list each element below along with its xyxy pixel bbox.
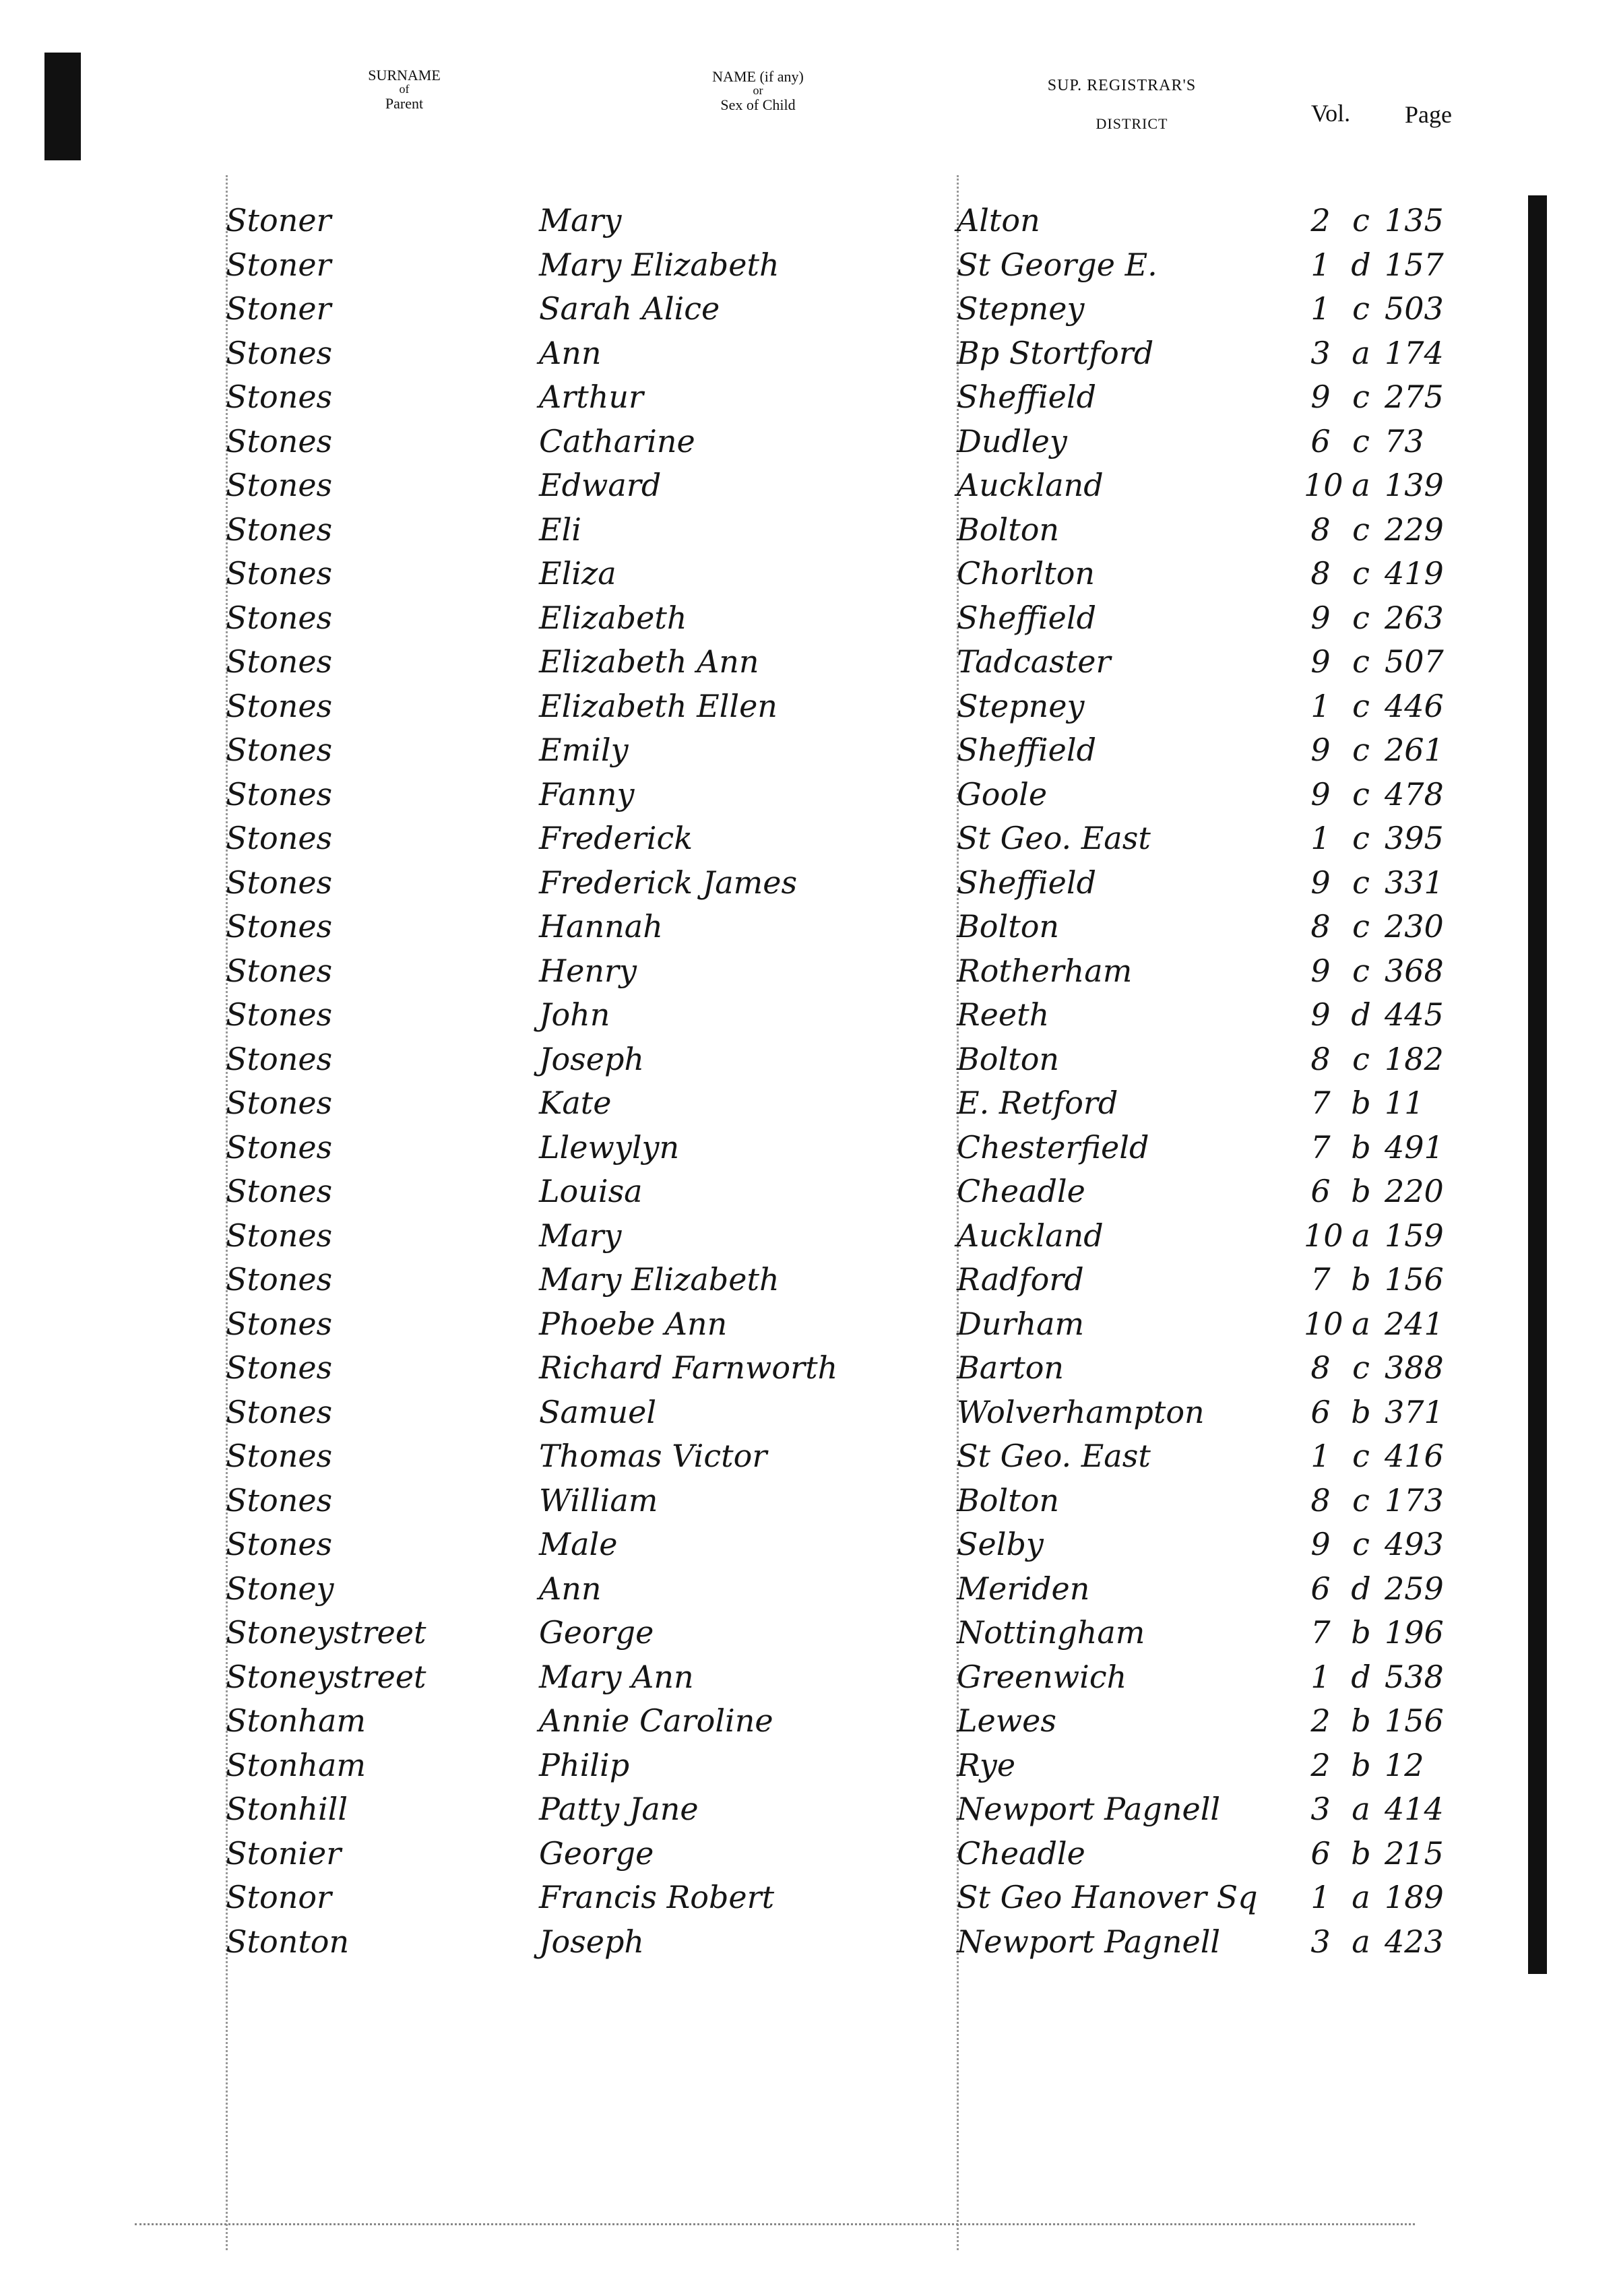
header-name-line3: Sex of Child: [674, 97, 842, 113]
entry-forename: John: [539, 996, 610, 1033]
register-entry: Stones Phoebe Ann Durham 10 a 241: [0, 1306, 1617, 1349]
register-entry: Stonham Philip Rye 2 b 12: [0, 1747, 1617, 1790]
entry-volume: 2: [1304, 1702, 1337, 1739]
entry-volume-letter: d: [1347, 1659, 1374, 1695]
entry-surname: Stones: [226, 555, 332, 592]
register-entry: Stoneystreet Mary Ann Greenwich 1 d 538: [0, 1659, 1617, 1702]
entry-volume: 6: [1304, 1173, 1337, 1209]
entry-volume: 3: [1304, 1923, 1337, 1960]
entry-volume-letter: c: [1347, 1438, 1374, 1474]
entry-forename: Ann: [539, 335, 601, 371]
entry-forename: Catharine: [539, 423, 695, 459]
entry-surname: Stoner: [226, 290, 331, 327]
entry-district: St George E.: [957, 247, 1158, 283]
entry-volume-letter: c: [1347, 555, 1374, 592]
entry-page: 156: [1385, 1261, 1444, 1298]
entry-surname: Stones: [226, 467, 332, 503]
entry-page: 11: [1385, 1085, 1424, 1121]
entry-page: 12: [1385, 1747, 1424, 1783]
entry-district: St Geo. East: [957, 1438, 1151, 1474]
entry-surname: Stones: [226, 908, 332, 945]
entry-surname: Stones: [226, 1438, 332, 1474]
entry-page: 478: [1385, 776, 1444, 812]
entry-volume-letter: c: [1347, 1526, 1374, 1562]
entry-volume-letter: c: [1347, 908, 1374, 945]
entry-volume: 3: [1304, 335, 1337, 371]
entry-volume-letter: c: [1347, 600, 1374, 636]
register-entry: Stones Joseph Bolton 8 c 182: [0, 1041, 1617, 1084]
entry-surname: Stonier: [226, 1835, 341, 1872]
entry-surname: Stones: [226, 643, 332, 680]
entry-district: Barton: [957, 1349, 1064, 1386]
entry-district: Bp Stortford: [957, 335, 1153, 371]
register-entry: Stonham Annie Caroline Lewes 2 b 156: [0, 1702, 1617, 1746]
register-entry: Stonor Francis Robert St Geo Hanover Sq …: [0, 1879, 1617, 1922]
register-entry: Stoney Ann Meriden 6 d 259: [0, 1570, 1617, 1614]
entry-forename: Louisa: [539, 1173, 643, 1209]
entry-forename: Mary Elizabeth: [539, 1261, 780, 1298]
column-header: SURNAME of Parent NAME (if any) or Sex o…: [0, 40, 1617, 175]
entry-volume-letter: b: [1347, 1085, 1374, 1121]
entry-district: Selby: [957, 1526, 1044, 1562]
entry-volume-letter: d: [1347, 1570, 1374, 1607]
entry-volume-letter: b: [1347, 1394, 1374, 1430]
entry-surname: Stones: [226, 1526, 332, 1562]
entry-volume-letter: c: [1347, 732, 1374, 768]
register-entry: Stones Louisa Cheadle 6 b 220: [0, 1173, 1617, 1216]
entry-volume-letter: b: [1347, 1173, 1374, 1209]
entry-page: 275: [1385, 379, 1444, 415]
entry-page: 182: [1385, 1041, 1444, 1077]
entry-page: 139: [1385, 467, 1444, 503]
entry-forename: Mary: [539, 1217, 622, 1254]
entry-district: Bolton: [957, 511, 1059, 548]
entry-surname: Stones: [226, 1261, 332, 1298]
entry-surname: Stonham: [226, 1702, 366, 1739]
entry-page: 491: [1385, 1129, 1444, 1166]
entry-district: Tadcaster: [957, 643, 1110, 680]
entry-page: 73: [1385, 423, 1424, 459]
entry-volume-letter: a: [1347, 1879, 1374, 1915]
entry-surname: Stones: [226, 820, 332, 856]
entry-forename: Elizabeth Ellen: [539, 688, 778, 724]
entry-volume: 9: [1304, 600, 1337, 636]
entry-surname: Stonhill: [226, 1791, 348, 1827]
register-entry: Stones Eli Bolton 8 c 229: [0, 511, 1617, 554]
entry-district: Cheadle: [957, 1173, 1085, 1209]
entry-volume: 8: [1304, 908, 1337, 945]
register-entry: Stones Kate E. Retford 7 b 11: [0, 1085, 1617, 1128]
entry-volume-letter: c: [1347, 1041, 1374, 1077]
entry-district: Nottingham: [957, 1614, 1145, 1651]
register-entry: Stonton Joseph Newport Pagnell 3 a 423: [0, 1923, 1617, 1967]
entry-volume: 9: [1304, 379, 1337, 415]
register-entry: Stones Samuel Wolverhampton 6 b 371: [0, 1394, 1617, 1437]
entry-district: Durham: [957, 1306, 1084, 1342]
register-entry: Stones Thomas Victor St Geo. East 1 c 41…: [0, 1438, 1617, 1481]
register-entry: Stones Henry Rotherham 9 c 368: [0, 953, 1617, 996]
entry-volume-letter: c: [1347, 290, 1374, 327]
entry-surname: Stones: [226, 1394, 332, 1430]
entry-forename: Phoebe Ann: [539, 1306, 727, 1342]
entry-forename: Llewylyn: [539, 1129, 679, 1166]
header-surname: SURNAME of Parent: [323, 67, 485, 111]
entry-page: 446: [1385, 688, 1444, 724]
entry-volume: 1: [1304, 688, 1337, 724]
entry-forename: Sarah Alice: [539, 290, 720, 327]
entry-volume: 6: [1304, 1835, 1337, 1872]
header-surname-line2: of: [323, 83, 485, 96]
entry-volume: 7: [1304, 1614, 1337, 1651]
entry-forename: Eli: [539, 511, 581, 548]
entry-volume: 1: [1304, 1879, 1337, 1915]
entry-forename: Patty Jane: [539, 1791, 699, 1827]
entry-page: 157: [1385, 247, 1444, 283]
entry-forename: Henry: [539, 953, 637, 989]
entry-surname: Stones: [226, 511, 332, 548]
register-entry: Stones Frederick St Geo. East 1 c 395: [0, 820, 1617, 863]
entry-page: 189: [1385, 1879, 1444, 1915]
entry-volume-letter: a: [1347, 335, 1374, 371]
entry-forename: George: [539, 1614, 654, 1651]
entry-surname: Stones: [226, 1173, 332, 1209]
entry-district: Sheffield: [957, 600, 1096, 636]
entry-district: Chesterfield: [957, 1129, 1149, 1166]
entry-district: Rotherham: [957, 953, 1132, 989]
entry-forename: Kate: [539, 1085, 612, 1121]
entry-forename: Eliza: [539, 555, 616, 592]
entry-volume-letter: c: [1347, 1349, 1374, 1386]
entry-volume: 8: [1304, 555, 1337, 592]
entry-district: Auckland: [957, 467, 1104, 503]
entry-volume-letter: b: [1347, 1835, 1374, 1872]
entry-surname: Stoner: [226, 247, 331, 283]
entry-volume-letter: a: [1347, 1217, 1374, 1254]
register-entry: Stones Male Selby 9 c 493: [0, 1526, 1617, 1569]
entry-district: Alton: [957, 202, 1040, 238]
header-name: NAME (if any) or Sex of Child: [674, 69, 842, 113]
entry-page: 196: [1385, 1614, 1444, 1651]
entry-volume-letter: c: [1347, 1482, 1374, 1519]
register-entry: Stones John Reeth 9 d 445: [0, 996, 1617, 1040]
entry-surname: Stones: [226, 1306, 332, 1342]
register-entry: Stoneystreet George Nottingham 7 b 196: [0, 1614, 1617, 1657]
entry-volume: 9: [1304, 1526, 1337, 1562]
entry-volume: 9: [1304, 996, 1337, 1033]
entry-district: E. Retford: [957, 1085, 1118, 1121]
entry-volume-letter: c: [1347, 379, 1374, 415]
header-name-line2: or: [674, 84, 842, 97]
entry-district: Chorlton: [957, 555, 1095, 592]
entry-page: 445: [1385, 996, 1444, 1033]
entry-surname: Stones: [226, 1482, 332, 1519]
register-entry: Stoner Sarah Alice Stepney 1 c 503: [0, 290, 1617, 333]
entry-page: 156: [1385, 1702, 1444, 1739]
entry-district: Radford: [957, 1261, 1084, 1298]
entry-volume: 2: [1304, 202, 1337, 238]
entry-page: 507: [1385, 643, 1444, 680]
header-district-line2: DISTRICT: [1051, 116, 1213, 131]
entry-district: Dudley: [957, 423, 1067, 459]
register-entry: Stoner Mary Elizabeth St George E. 1 d 1…: [0, 247, 1617, 290]
register-entry: Stones Eliza Chorlton 8 c 419: [0, 555, 1617, 598]
entry-volume: 8: [1304, 1482, 1337, 1519]
entry-district: Wolverhampton: [957, 1394, 1205, 1430]
entry-forename: Emily: [539, 732, 629, 768]
entry-volume: 2: [1304, 1747, 1337, 1783]
entry-page: 368: [1385, 953, 1444, 989]
entry-forename: Thomas Victor: [539, 1438, 767, 1474]
register-entry: Stones Catharine Dudley 6 c 73: [0, 423, 1617, 466]
header-name-line1: NAME (if any): [674, 69, 842, 84]
entry-volume: 7: [1304, 1261, 1337, 1298]
entry-surname: Stones: [226, 732, 332, 768]
entry-district: Goole: [957, 776, 1047, 812]
entry-page: 220: [1385, 1173, 1444, 1209]
entry-volume-letter: d: [1347, 996, 1374, 1033]
entry-volume: 6: [1304, 1394, 1337, 1430]
entry-surname: Stoney: [226, 1570, 334, 1607]
entry-surname: Stoneystreet: [226, 1659, 426, 1695]
entry-volume: 9: [1304, 732, 1337, 768]
entry-page: 135: [1385, 202, 1444, 238]
entry-district: Bolton: [957, 1041, 1059, 1077]
entry-district: Newport Pagnell: [957, 1791, 1220, 1827]
entry-page: 261: [1385, 732, 1444, 768]
entry-surname: Stones: [226, 1085, 332, 1121]
entry-volume: 7: [1304, 1085, 1337, 1121]
entry-page: 538: [1385, 1659, 1444, 1695]
entry-page: 503: [1385, 290, 1444, 327]
entry-forename: Joseph: [539, 1923, 644, 1960]
entry-volume-letter: a: [1347, 1306, 1374, 1342]
entry-surname: Stones: [226, 600, 332, 636]
entry-volume-letter: a: [1347, 1791, 1374, 1827]
register-entry: Stones Elizabeth Ann Tadcaster 9 c 507: [0, 643, 1617, 687]
entry-forename: Hannah: [539, 908, 663, 945]
header-vol: Vol.: [1294, 101, 1368, 127]
register-entry: Stones William Bolton 8 c 173: [0, 1482, 1617, 1525]
entry-volume: 10: [1304, 1306, 1337, 1342]
entry-page: 416: [1385, 1438, 1444, 1474]
entry-volume: 9: [1304, 864, 1337, 901]
entry-volume-letter: b: [1347, 1702, 1374, 1739]
entry-volume-letter: c: [1347, 776, 1374, 812]
entry-volume-letter: c: [1347, 643, 1374, 680]
entry-forename: Fanny: [539, 776, 634, 812]
entry-volume: 6: [1304, 1570, 1337, 1607]
entry-volume-letter: b: [1347, 1129, 1374, 1166]
entry-surname: Stones: [226, 1129, 332, 1166]
entry-page: 229: [1385, 511, 1444, 548]
entry-page: 174: [1385, 335, 1444, 371]
entry-volume-letter: c: [1347, 953, 1374, 989]
entry-district: Sheffield: [957, 732, 1096, 768]
entry-volume-letter: c: [1347, 511, 1374, 548]
entry-page: 173: [1385, 1482, 1444, 1519]
entry-volume: 1: [1304, 820, 1337, 856]
entry-district: Bolton: [957, 908, 1059, 945]
entry-surname: Stones: [226, 379, 332, 415]
entry-forename: Elizabeth Ann: [539, 643, 759, 680]
entry-volume: 6: [1304, 423, 1337, 459]
entry-volume: 3: [1304, 1791, 1337, 1827]
entry-volume: 10: [1304, 467, 1337, 503]
register-entry: Stones Mary Elizabeth Radford 7 b 156: [0, 1261, 1617, 1304]
entry-district: Sheffield: [957, 864, 1096, 901]
entry-page: 159: [1385, 1217, 1444, 1254]
register-entry: Stones Elizabeth Ellen Stepney 1 c 446: [0, 688, 1617, 731]
entry-page: 241: [1385, 1306, 1444, 1342]
entry-district: St Geo. East: [957, 820, 1151, 856]
entry-volume-letter: a: [1347, 1923, 1374, 1960]
entry-volume: 1: [1304, 290, 1337, 327]
entry-surname: Stones: [226, 776, 332, 812]
entry-forename: Male: [539, 1526, 617, 1562]
entry-district: Greenwich: [957, 1659, 1127, 1695]
entry-volume-letter: c: [1347, 688, 1374, 724]
entry-volume: 10: [1304, 1217, 1337, 1254]
entry-forename: Joseph: [539, 1041, 644, 1077]
entry-surname: Stones: [226, 335, 332, 371]
entry-district: Stepney: [957, 688, 1085, 724]
entry-volume-letter: d: [1347, 247, 1374, 283]
entry-volume: 9: [1304, 776, 1337, 812]
entry-surname: Stones: [226, 423, 332, 459]
entry-district: Reeth: [957, 996, 1049, 1033]
entry-forename: Frederick: [539, 820, 693, 856]
entry-page: 423: [1385, 1923, 1444, 1960]
entry-forename: Philip: [539, 1747, 629, 1783]
register-entry: Stones Llewylyn Chesterfield 7 b 491: [0, 1129, 1617, 1172]
header-surname-line1: SURNAME: [323, 67, 485, 83]
entry-surname: Stoneystreet: [226, 1614, 426, 1651]
register-entry: Stones Mary Auckland 10 a 159: [0, 1217, 1617, 1261]
entry-surname: Stonham: [226, 1747, 366, 1783]
entry-surname: Stonton: [226, 1923, 349, 1960]
entry-forename: Francis Robert: [539, 1879, 774, 1915]
entry-page: 371: [1385, 1394, 1444, 1430]
entry-volume: 8: [1304, 1349, 1337, 1386]
register-entry: Stonier George Cheadle 6 b 215: [0, 1835, 1617, 1878]
entry-district: Newport Pagnell: [957, 1923, 1220, 1960]
entry-district: Meriden: [957, 1570, 1089, 1607]
register-entry: Stones Richard Farnworth Barton 8 c 388: [0, 1349, 1617, 1393]
entry-forename: Elizabeth: [539, 600, 687, 636]
register-entry: Stones Elizabeth Sheffield 9 c 263: [0, 600, 1617, 643]
header-surname-line3: Parent: [323, 96, 485, 111]
entry-volume-letter: c: [1347, 864, 1374, 901]
entry-volume-letter: b: [1347, 1261, 1374, 1298]
register-entry: Stones Edward Auckland 10 a 139: [0, 467, 1617, 510]
bottom-edge: [135, 2223, 1415, 2245]
entry-district: St Geo Hanover Sq: [957, 1879, 1258, 1915]
entry-volume: 9: [1304, 643, 1337, 680]
header-page: Page: [1388, 102, 1469, 128]
entry-district: Sheffield: [957, 379, 1096, 415]
register-entry: Stoner Mary Alton 2 c 135: [0, 202, 1617, 245]
entry-forename: George: [539, 1835, 654, 1872]
entry-page: 414: [1385, 1791, 1444, 1827]
entry-surname: Stones: [226, 953, 332, 989]
entry-volume-letter: b: [1347, 1747, 1374, 1783]
register-entry: Stones Hannah Bolton 8 c 230: [0, 908, 1617, 951]
entry-forename: Frederick James: [539, 864, 797, 901]
entry-surname: Stones: [226, 1041, 332, 1077]
entry-page: 331: [1385, 864, 1444, 901]
entry-volume: 1: [1304, 1659, 1337, 1695]
register-entry: Stones Ann Bp Stortford 3 a 174: [0, 335, 1617, 378]
register-entry: Stones Arthur Sheffield 9 c 275: [0, 379, 1617, 422]
entry-forename: Arthur: [539, 379, 643, 415]
header-district-line1: SUP. REGISTRAR'S: [1011, 77, 1233, 94]
entry-forename: Annie Caroline: [539, 1702, 773, 1739]
entry-volume: 8: [1304, 1041, 1337, 1077]
entry-page: 493: [1385, 1526, 1444, 1562]
entry-surname: Stones: [226, 1217, 332, 1254]
entry-volume: 1: [1304, 247, 1337, 283]
entry-surname: Stoner: [226, 202, 331, 238]
entry-volume: 8: [1304, 511, 1337, 548]
entry-page: 215: [1385, 1835, 1444, 1872]
entry-forename: Ann: [539, 1570, 601, 1607]
entry-volume-letter: a: [1347, 467, 1374, 503]
entry-forename: Mary Elizabeth: [539, 247, 780, 283]
entry-forename: Richard Farnworth: [539, 1349, 837, 1386]
entry-district: Lewes: [957, 1702, 1056, 1739]
entry-district: Cheadle: [957, 1835, 1085, 1872]
entry-district: Rye: [957, 1747, 1015, 1783]
entry-volume-letter: c: [1347, 423, 1374, 459]
entry-surname: Stones: [226, 864, 332, 901]
entry-page: 263: [1385, 600, 1444, 636]
entry-volume-letter: b: [1347, 1614, 1374, 1651]
entry-page: 230: [1385, 908, 1444, 945]
entry-page: 388: [1385, 1349, 1444, 1386]
entry-volume-letter: c: [1347, 820, 1374, 856]
entry-surname: Stones: [226, 688, 332, 724]
register-page: SURNAME of Parent NAME (if any) or Sex o…: [0, 0, 1617, 2296]
entry-district: Bolton: [957, 1482, 1059, 1519]
entry-page: 395: [1385, 820, 1444, 856]
entry-forename: William: [539, 1482, 658, 1519]
entry-forename: Mary: [539, 202, 622, 238]
entry-page: 419: [1385, 555, 1444, 592]
entry-forename: Edward: [539, 467, 661, 503]
entry-volume: 1: [1304, 1438, 1337, 1474]
entry-volume: 9: [1304, 953, 1337, 989]
entry-forename: Mary Ann: [539, 1659, 694, 1695]
entry-page: 259: [1385, 1570, 1444, 1607]
register-entry: Stones Emily Sheffield 9 c 261: [0, 732, 1617, 775]
entry-surname: Stones: [226, 1349, 332, 1386]
entry-forename: Samuel: [539, 1394, 656, 1430]
register-entry: Stones Frederick James Sheffield 9 c 331: [0, 864, 1617, 907]
entry-district: Auckland: [957, 1217, 1104, 1254]
entry-surname: Stones: [226, 996, 332, 1033]
entry-district: Stepney: [957, 290, 1085, 327]
register-entry: Stonhill Patty Jane Newport Pagnell 3 a …: [0, 1791, 1617, 1834]
entry-volume: 7: [1304, 1129, 1337, 1166]
entry-surname: Stonor: [226, 1879, 331, 1915]
register-entry: Stones Fanny Goole 9 c 478: [0, 776, 1617, 819]
entry-volume-letter: c: [1347, 202, 1374, 238]
